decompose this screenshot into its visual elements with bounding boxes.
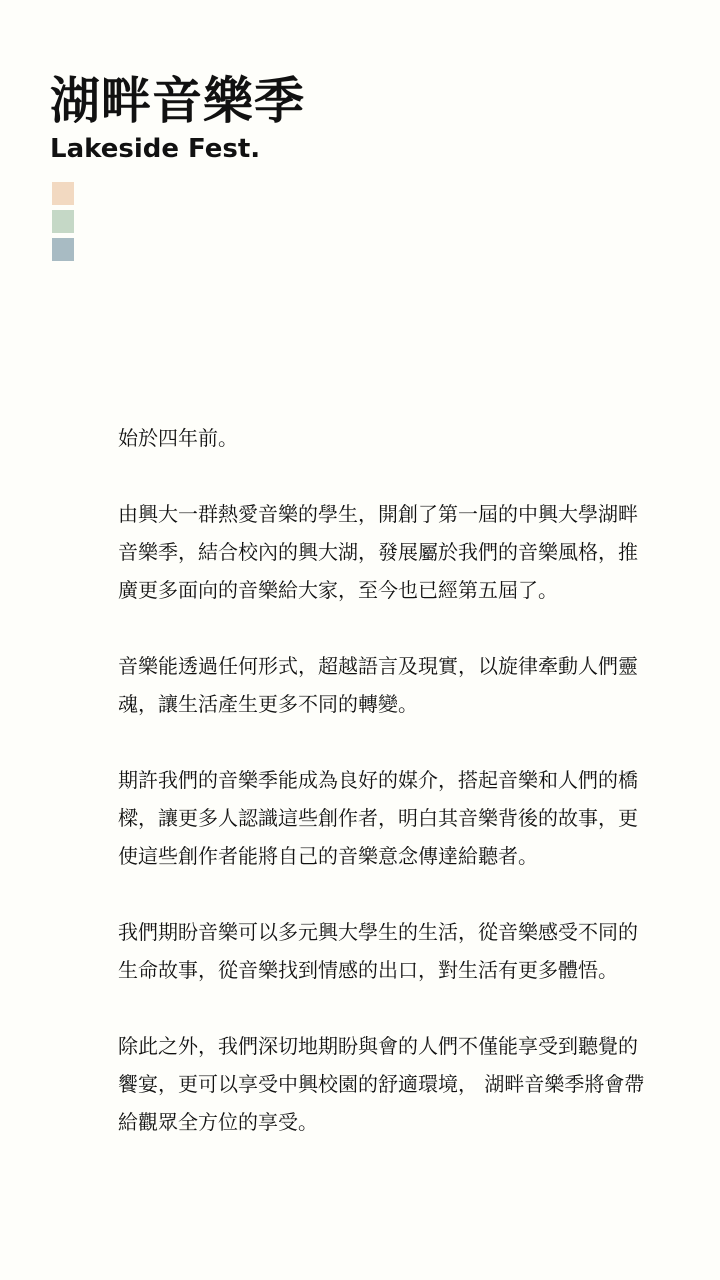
page-subtitle: Lakeside Fest. — [50, 132, 305, 166]
swatch-sage — [52, 210, 74, 233]
swatch-peach — [52, 182, 74, 205]
swatch-slate-blue — [52, 238, 74, 261]
paragraph-origin: 始於四年前。 — [118, 419, 693, 457]
paragraph-bridge: 期許我們的音樂季能成為良好的媒介，搭起音樂和人們的橋 樑，讓更多人認識這些創作者… — [118, 761, 693, 875]
paragraph-history: 由興大一群熱愛音樂的學生，開創了第一屆的中興大學湖畔 音樂季，結合校內的興大湖，… — [118, 495, 693, 609]
paragraph-music-power: 音樂能透過任何形式，超越語言及現實，以旋律牽動人們靈 魂，讓生活產生更多不同的轉… — [118, 647, 693, 723]
page-title: 湖畔音樂季 — [50, 70, 305, 132]
header: 湖畔音樂季 Lakeside Fest. — [50, 70, 305, 166]
paragraph-student-life: 我們期盼音樂可以多元興大學生的生活，從音樂感受不同的 生命故事，從音樂找到情感的… — [118, 913, 693, 989]
color-swatches — [52, 182, 74, 261]
paragraph-campus: 除此之外，我們深切地期盼與會的人們不僅能享受到聽覺的 饗宴，更可以享受中興校園的… — [118, 1027, 693, 1141]
intro-text: 始於四年前。 由興大一群熱愛音樂的學生，開創了第一屆的中興大學湖畔 音樂季，結合… — [118, 419, 693, 1179]
